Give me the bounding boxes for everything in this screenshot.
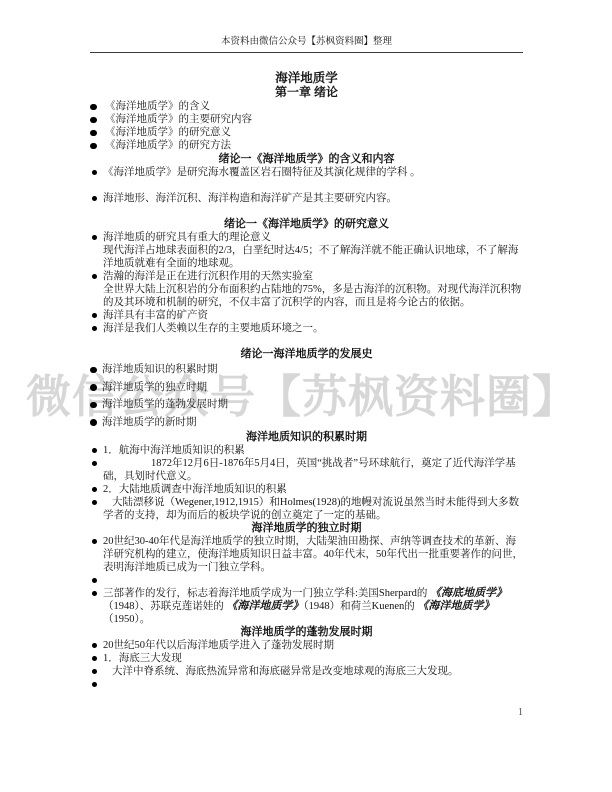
bullet-icon <box>92 669 97 674</box>
bullet-item: 1872年12月6日-1876年5月4日，英国“挑战者”号环球航行，奠定了近代海… <box>90 457 523 483</box>
bullet-icon <box>92 326 97 331</box>
doc-title: 海洋地质学 <box>90 71 523 85</box>
chapter-title: 第一章 绪论 <box>90 85 523 99</box>
bullet-item: 浩瀚的海洋是正在进行沉积作用的天然实验室 全世界大陆上沉积岩的分布面积约占陆地的… <box>90 270 523 309</box>
bullet-item: 2．大陆地质调查中海洋地质知识的积累 <box>90 483 523 496</box>
bullet-item: 1．海底三大发现 <box>90 652 523 665</box>
bullet-item: 20世纪30-40年代是海洋地质学的独立时期，大陆架油田勘探、声纳等调查技术的革… <box>90 535 523 574</box>
bullet-item: 海洋地质学的独立时期 <box>90 379 523 397</box>
bullet-icon <box>92 313 97 318</box>
bullet-item: 海洋地质知识的积累时期 <box>90 361 523 379</box>
bullet-icon <box>92 643 97 648</box>
bullet-icon <box>92 578 97 583</box>
section-heading: 海洋地质学的蓬勃发展时期 <box>90 626 523 639</box>
bullet-text: 海洋地质学的新时期 <box>102 417 197 428</box>
bullet-item: 20世纪50年代以后海洋地质学进入了蓬勃发展时期 <box>90 639 523 652</box>
page-number: 1 <box>518 707 523 718</box>
book-title: 《海洋地质学》 <box>417 600 494 612</box>
bullet-item: 1．航海中海洋地质知识的积累 <box>90 444 523 457</box>
bullet-text: 海洋地形、海洋沉积、海洋构造和海洋矿产是其主要研究内容。 <box>103 193 397 204</box>
document-page: 微信公众号【苏枫资料圈】 本资料由微信公众号【苏枫资料圈】整理 海洋地质学 第一… <box>0 0 612 792</box>
bullet-text: 1．海底三大发现 <box>103 653 182 664</box>
bullet-item: 《海洋地质学》是研究海水覆盖区岩石圈特征及其演化规律的学科 。 <box>90 166 523 179</box>
bullet-item: 海洋地形、海洋沉积、海洋构造和海洋矿产是其主要研究内容。 <box>90 192 523 205</box>
bullet-item: 海洋地质的研究具有重大的理论意义 现代海洋占地球表面积的2/3，白垩纪时达4/5… <box>90 231 523 270</box>
bullet-text: 20世纪30-40年代是海洋地质学的独立时期，大陆架油田勘探、声纳等调查技术的革… <box>103 536 523 573</box>
bullet-item: 《海洋地质学》的研究意义 <box>90 127 523 140</box>
bullet-item: 《海洋地质学》的主要研究内容 <box>90 114 523 127</box>
bullet-text: 1．航海中海洋地质知识的积累 <box>103 445 245 456</box>
bullet-text: 海洋地质学的独立时期 <box>102 382 207 393</box>
book-title: 《海底地质学》 <box>430 587 507 599</box>
header-divider <box>90 52 523 53</box>
bullet-icon <box>90 367 97 374</box>
bullet-icon <box>92 682 97 687</box>
bullet-list: 海洋地质知识的积累时期海洋地质学的独立时期海洋地质学的蓬勃发展时期海洋地质学的新… <box>90 361 523 431</box>
bullet-item <box>90 574 523 587</box>
bullet-icon <box>92 539 97 544</box>
bullet-item: 海洋是我们人类赖以生存的主要地质环境之一。 <box>90 322 523 335</box>
bullet-icon <box>92 487 97 492</box>
bullet-text: 海洋地质知识的积累时期 <box>102 364 218 375</box>
blank-line <box>90 335 523 348</box>
bullet-text: 《海洋地质学》的研究方法 <box>105 140 231 151</box>
bullet-text: 海洋地质学的蓬勃发展时期 <box>102 399 228 410</box>
section-heading: 海洋地质学的独立时期 <box>90 522 523 535</box>
bullet-icon <box>92 274 97 279</box>
doc-blocks: 《海洋地质学》的含义《海洋地质学》的主要研究内容《海洋地质学》的研究意义《海洋地… <box>90 101 523 691</box>
bullet-icon <box>90 384 97 391</box>
bullet-text: 《海洋地质学》的研究意义 <box>105 127 231 138</box>
blank-line <box>90 179 523 192</box>
bullet-icon <box>90 143 97 150</box>
bullet-text: 《海洋地质学》的含义 <box>105 101 210 112</box>
bullet-icon <box>90 402 97 409</box>
bullet-icon <box>90 419 97 426</box>
bullet-text: 海洋地质的研究具有重大的理论意义 现代海洋占地球表面积的2/3，白垩纪时达4/5… <box>103 232 518 269</box>
bullet-item: 《海洋地质学》的研究方法 <box>90 140 523 153</box>
bullet-text: 20世纪50年代以后海洋地质学进入了蓬勃发展时期 <box>103 640 334 651</box>
bullet-icon <box>92 591 97 596</box>
bullet-text: 2．大陆地质调查中海洋地质知识的积累 <box>103 484 287 495</box>
bullet-item: 海洋地质学的新时期 <box>90 414 523 432</box>
bullet-text: 大陆漂移说（Wegener,1912,1915）和Holmes(1928)的地幔… <box>103 497 519 521</box>
section-heading: 绪论一《海洋地质学》的研究意义 <box>90 218 523 231</box>
bullet-icon <box>90 130 97 137</box>
bullet-icon <box>90 104 97 111</box>
bullet-text: 《海洋地质学》的主要研究内容 <box>105 114 252 125</box>
bullet-item: 三部著作的发行，标志着海洋地质学成为一门独立学科:美国Sherpard的 《海底… <box>90 587 523 626</box>
header-note: 本资料由微信公众号【苏枫资料圈】整理 <box>90 36 523 49</box>
section-heading: 绪论一海洋地质学的发展史 <box>90 348 523 361</box>
bullet-item: 大陆漂移说（Wegener,1912,1915）和Holmes(1928)的地幔… <box>90 496 523 522</box>
bullet-item: 大洋中脊系统、海底热流异常和海底磁异常是改变地球观的海底三大发现。 <box>90 665 523 678</box>
bullet-list: 《海洋地质学》的含义《海洋地质学》的主要研究内容《海洋地质学》的研究意义《海洋地… <box>90 101 523 153</box>
bullet-text: 海洋是我们人类赖以生存的主要地质环境之一。 <box>103 323 324 334</box>
blank-line <box>90 205 523 218</box>
bullet-icon <box>90 117 97 124</box>
bullet-item: 《海洋地质学》的含义 <box>90 101 523 114</box>
bullet-item: 海洋地质学的蓬勃发展时期 <box>90 396 523 414</box>
bullet-item <box>90 678 523 691</box>
bullet-icon <box>92 461 97 466</box>
bullet-icon <box>92 448 97 453</box>
page-content: 本资料由微信公众号【苏枫资料圈】整理 海洋地质学 第一章 绪论 《海洋地质学》的… <box>90 36 523 691</box>
section-heading: 海洋地质知识的积累时期 <box>90 431 523 444</box>
bullet-text: 大洋中脊系统、海底热流异常和海底磁异常是改变地球观的海底三大发现。 <box>112 666 459 677</box>
section-heading: 绪论一《海洋地质学》的含义和内容 <box>90 153 523 166</box>
bullet-text: 三部著作的发行，标志着海洋地质学成为一门独立学科:美国Sherpard的 《海底… <box>103 588 507 625</box>
bullet-text: 海洋具有丰富的矿产资 <box>103 310 208 321</box>
bullet-item: 海洋具有丰富的矿产资 <box>90 309 523 322</box>
bullet-icon <box>92 196 97 201</box>
bullet-icon <box>92 235 97 240</box>
bullet-icon <box>92 170 97 175</box>
bullet-icon <box>92 500 97 505</box>
bullet-text: 《海洋地质学》是研究海水覆盖区岩石圈特征及其演化规律的学科 。 <box>103 167 421 178</box>
bullet-text: 浩瀚的海洋是正在进行沉积作用的天然实验室 全世界大陆上沉积岩的分布面积约占陆地的… <box>103 271 521 308</box>
bullet-icon <box>92 656 97 661</box>
book-title: 《海洋地质学》 <box>226 600 303 612</box>
bullet-text: 1872年12月6日-1876年5月4日，英国“挑战者”号环球航行，奠定了近代海… <box>103 458 516 482</box>
